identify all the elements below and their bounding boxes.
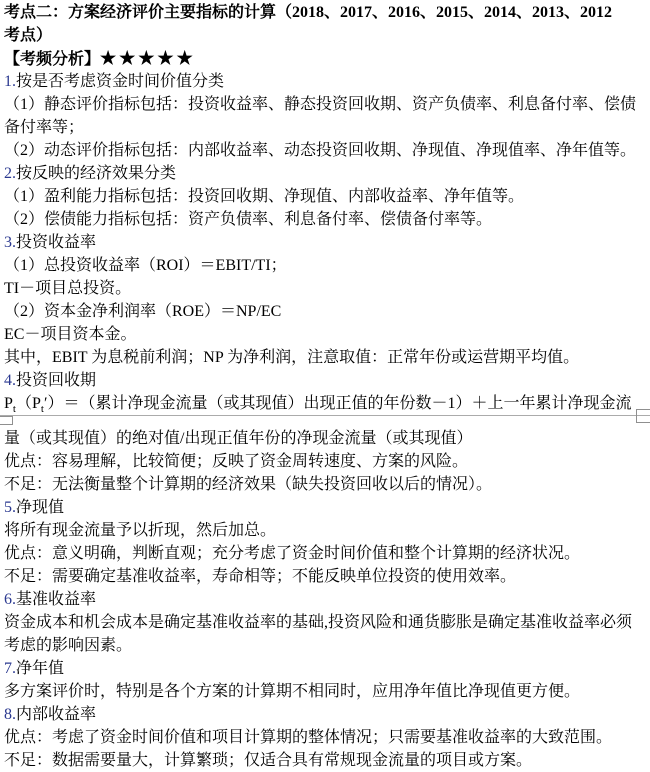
section-heading: 5.净现值 bbox=[4, 496, 646, 519]
section-title: 投资收益率 bbox=[16, 234, 96, 251]
frequency-label: 【考频分析】 bbox=[4, 51, 100, 68]
doc-title-line-2: 考点） bbox=[4, 24, 646, 47]
text-line: 多方案评价时，特别是各个方案的计算期不相同时，应用净年值比净现值更方便。 bbox=[4, 680, 646, 703]
section-title: 净年值 bbox=[16, 660, 64, 677]
text-line: （2）偿债能力指标包括：资产负债率、利息备付率、偿债备付率等。 bbox=[4, 208, 646, 231]
section-heading: 3.投资收益率 bbox=[4, 231, 646, 254]
section-number: 1. bbox=[4, 73, 16, 90]
text-line: 不足：数据需要量大，计算繁琐；仅适合具有常规现金流量的项目或方案。 bbox=[4, 749, 646, 772]
section-number: 8. bbox=[4, 706, 16, 723]
text-line: （1）静态评价指标包括：投资收益率、静态投资回收期、资产负债率、利息备付率、偿债 bbox=[4, 93, 646, 116]
page-margin-mark-right bbox=[636, 409, 650, 423]
page-break-line bbox=[0, 415, 650, 416]
section-heading: 2.按反映的经济效果分类 bbox=[4, 162, 646, 185]
section-number: 6. bbox=[4, 591, 16, 608]
text-line: 不足：无法衡量整个计算期的经济效果（缺失投资回收以后的情况）。 bbox=[4, 473, 646, 496]
doc-title-line-1: 考点二：方案经济评价主要指标的计算（2018、2017、2016、2015、20… bbox=[4, 1, 646, 24]
text-line: 量（或其现值）的绝对值/出现正值年份的净现金流量（或其现值） bbox=[4, 427, 646, 450]
section-title: 按是否考虑资金时间价值分类 bbox=[16, 73, 224, 90]
text-line: 优点：意义明确，判断直观；充分考虑了资金时间价值和整个计算期的经济状况。 bbox=[4, 542, 646, 565]
section-title: 投资回收期 bbox=[16, 372, 96, 389]
frequency-analysis-line: 【考频分析】★★★★★ bbox=[4, 47, 646, 70]
formula-line: （2）资本金净利润率（ROE）＝NP/EC bbox=[4, 300, 646, 323]
section-title: 基准收益率 bbox=[16, 591, 96, 608]
text-line: 将所有现金流量予以折现，然后加总。 bbox=[4, 519, 646, 542]
title-text: 考点二：方案经济评价主要指标的计算（2018、2017、2016、2015、20… bbox=[4, 4, 612, 21]
text-line: （1）盈利能力指标包括：投资回收期、净现值、内部收益率、净年值等。 bbox=[4, 185, 646, 208]
text-line: （2）动态评价指标包括：内部收益率、动态投资回收期、净现值、净现值率、净年值等。 bbox=[4, 139, 646, 162]
text-line: EC－项目资本金。 bbox=[4, 323, 646, 346]
section-heading: 7.净年值 bbox=[4, 657, 646, 680]
section-heading: 1.按是否考虑资金时间价值分类 bbox=[4, 70, 646, 93]
section-title: 按反映的经济效果分类 bbox=[16, 165, 176, 182]
text-line: 考虑的影响因素。 bbox=[4, 634, 646, 657]
text-line: 优点：容易理解，比较简便；反映了资金周转速度、方案的风险。 bbox=[4, 450, 646, 473]
section-number: 4. bbox=[4, 372, 16, 389]
formula-line: （1）总投资收益率（ROI）＝EBIT/TI； bbox=[4, 254, 646, 277]
title-text: 考点） bbox=[4, 27, 52, 44]
section-number: 5. bbox=[4, 499, 16, 516]
document-page: 考点二：方案经济评价主要指标的计算（2018、2017、2016、2015、20… bbox=[0, 0, 650, 772]
section-heading: 4.投资回收期 bbox=[4, 369, 646, 392]
section-title: 内部收益率 bbox=[16, 706, 96, 723]
text-line: 其中，EBIT 为息税前利润；NP 为净利润，注意取值：正常年份或运营期平均值。 bbox=[4, 346, 646, 369]
text-line: 备付率等； bbox=[4, 116, 646, 139]
section-number: 2. bbox=[4, 165, 16, 182]
page-break bbox=[0, 415, 650, 427]
text-line: 优点：考虑了资金时间价值和项目计算期的整体情况；只需要基准收益率的大致范围。 bbox=[4, 726, 646, 749]
section-number: 7. bbox=[4, 660, 16, 677]
section-heading: 8.内部收益率 bbox=[4, 703, 646, 726]
section-number: 3. bbox=[4, 234, 16, 251]
text-line: 不足：需要确定基准收益率，寿命相等；不能反映单位投资的使用效率。 bbox=[4, 565, 646, 588]
text-line: 资金成本和机会成本是确定基准收益率的基础,投资风险和通货膨胀是确定基准收益率必须 bbox=[4, 611, 646, 634]
star-rating-icon: ★★★★★ bbox=[100, 48, 196, 68]
section-heading: 6.基准收益率 bbox=[4, 588, 646, 611]
text-line: TI－项目总投资。 bbox=[4, 277, 646, 300]
section-title: 净现值 bbox=[16, 499, 64, 516]
payback-formula-line: Pt（Pt′）＝（累计净现金流量（或其现值）出现正值的年份数－1）＋上一年累计净… bbox=[4, 392, 646, 415]
page-margin-mark-left bbox=[0, 416, 13, 425]
